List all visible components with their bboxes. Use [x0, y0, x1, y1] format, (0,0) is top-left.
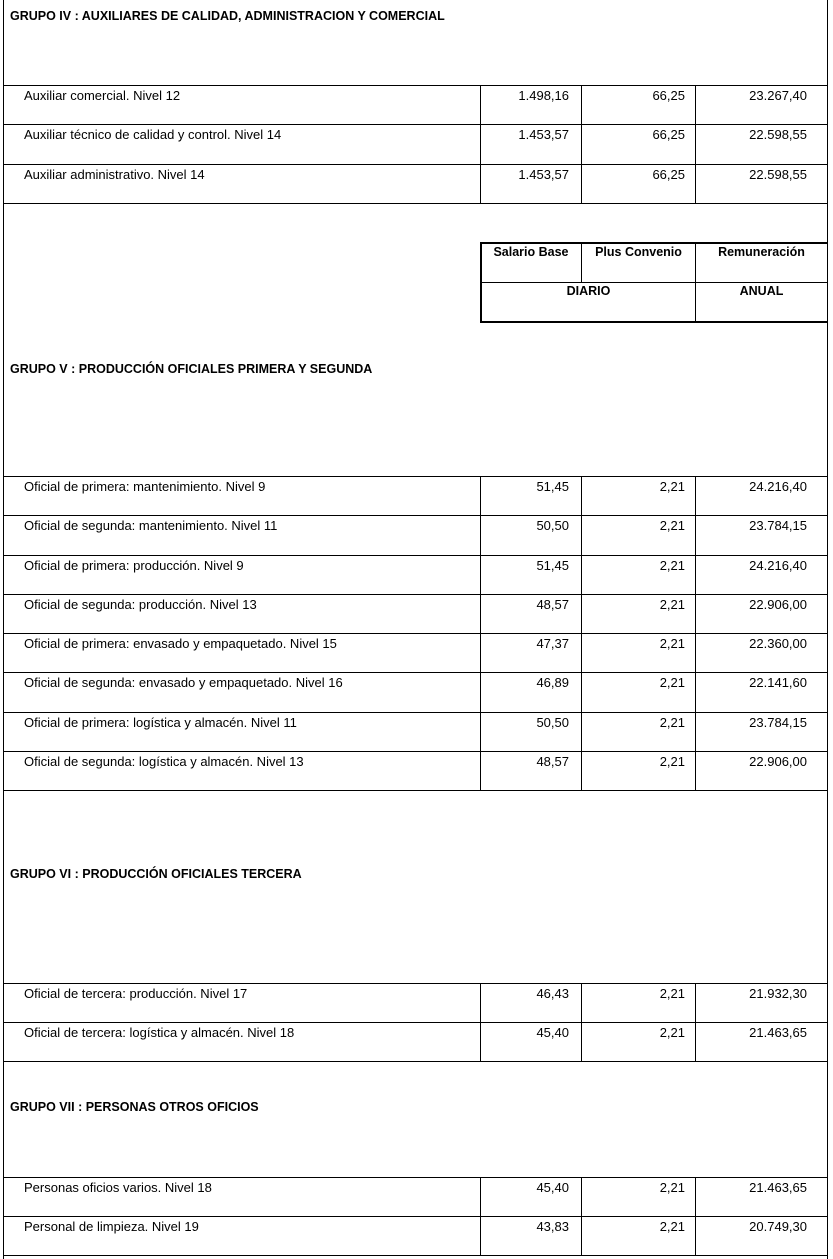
row-top-border: [3, 983, 828, 984]
row-top-border: [3, 1216, 828, 1217]
plus-convenio-value: 2,21: [581, 479, 685, 494]
group-title: GRUPO VII : PERSONAS OTROS OFICIOS: [10, 1100, 259, 1114]
row-top-border: [3, 712, 828, 713]
table-row-label: Auxiliar administrativo. Nivel 14: [24, 167, 205, 182]
row-top-border: [3, 1177, 828, 1178]
table-row-label: Oficial de primera: mantenimiento. Nivel…: [24, 479, 265, 494]
table-row-label: Oficial de primera: producción. Nivel 9: [24, 558, 244, 573]
salario-base-value: 1.453,57: [480, 167, 569, 182]
page-left-border: [3, 0, 4, 1259]
group-bottom-border: [3, 1255, 828, 1256]
salario-base-value: 1.498,16: [480, 88, 569, 103]
plus-convenio-value: 66,25: [581, 127, 685, 142]
salario-base-value: 43,83: [480, 1219, 569, 1234]
remuneracion-value: 22.360,00: [695, 636, 807, 651]
plus-convenio-value: 2,21: [581, 986, 685, 1001]
salario-base-value: 45,40: [480, 1180, 569, 1195]
header-diario: DIARIO: [482, 284, 695, 298]
plus-convenio-value: 2,21: [581, 518, 685, 533]
table-row-label: Oficial de tercera: logística y almacén.…: [24, 1025, 294, 1040]
plus-convenio-value: 2,21: [581, 636, 685, 651]
plus-convenio-value: 2,21: [581, 597, 685, 612]
header-top-border: [480, 242, 828, 244]
row-top-border: [3, 594, 828, 595]
page-right-border: [827, 0, 828, 1259]
plus-convenio-value: 66,25: [581, 167, 685, 182]
header-salario-base: Salario Base: [482, 245, 580, 259]
row-top-border: [3, 164, 828, 165]
plus-convenio-value: 2,21: [581, 1025, 685, 1040]
header-anual: ANUAL: [696, 284, 827, 298]
header-left-border: [480, 242, 482, 323]
group-title: GRUPO IV : AUXILIARES DE CALIDAD, ADMINI…: [10, 9, 445, 23]
table-row-label: Oficial de primera: envasado y empaqueta…: [24, 636, 337, 651]
row-top-border: [3, 672, 828, 673]
row-top-border: [3, 85, 828, 86]
row-top-border: [3, 751, 828, 752]
table-row-label: Oficial de tercera: producción. Nivel 17: [24, 986, 247, 1001]
salario-base-value: 51,45: [480, 558, 569, 573]
salario-base-value: 48,57: [480, 597, 569, 612]
row-top-border: [3, 1022, 828, 1023]
remuneracion-value: 22.598,55: [695, 127, 807, 142]
group-title: GRUPO VI : PRODUCCIÓN OFICIALES TERCERA: [10, 867, 302, 881]
group-title: GRUPO V : PRODUCCIÓN OFICIALES PRIMERA Y…: [10, 362, 372, 376]
table-row-label: Oficial de primera: logística y almacén.…: [24, 715, 297, 730]
remuneracion-value: 23.784,15: [695, 518, 807, 533]
plus-convenio-value: 66,25: [581, 88, 685, 103]
header-mid-border: [480, 282, 828, 283]
plus-convenio-value: 2,21: [581, 675, 685, 690]
group-bottom-border: [3, 203, 828, 204]
table-row-label: Oficial de segunda: logística y almacén.…: [24, 754, 304, 769]
header-bottom-border: [480, 321, 828, 323]
salario-base-value: 47,37: [480, 636, 569, 651]
group-bottom-border: [3, 1061, 828, 1062]
remuneracion-value: 24.216,40: [695, 479, 807, 494]
salario-base-value: 48,57: [480, 754, 569, 769]
table-row-label: Personal de limpieza. Nivel 19: [24, 1219, 199, 1234]
remuneracion-value: 23.784,15: [695, 715, 807, 730]
remuneracion-value: 24.216,40: [695, 558, 807, 573]
row-top-border: [3, 476, 828, 477]
remuneracion-value: 21.463,65: [695, 1025, 807, 1040]
header-remuneracion: Remuneración: [696, 245, 827, 259]
salario-base-value: 50,50: [480, 715, 569, 730]
plus-convenio-value: 2,21: [581, 715, 685, 730]
remuneracion-value: 20.749,30: [695, 1219, 807, 1234]
salario-base-value: 46,43: [480, 986, 569, 1001]
remuneracion-value: 22.598,55: [695, 167, 807, 182]
group-bottom-border: [3, 790, 828, 791]
table-row-label: Personas oficios varios. Nivel 18: [24, 1180, 212, 1195]
row-top-border: [3, 555, 828, 556]
salario-base-value: 45,40: [480, 1025, 569, 1040]
header-col-divider: [695, 242, 696, 323]
table-row-label: Auxiliar comercial. Nivel 12: [24, 88, 180, 103]
remuneracion-value: 22.141,60: [695, 675, 807, 690]
header-plus-convenio: Plus Convenio: [582, 245, 695, 259]
salario-base-value: 50,50: [480, 518, 569, 533]
remuneracion-value: 23.267,40: [695, 88, 807, 103]
salario-base-value: 1.453,57: [480, 127, 569, 142]
table-row-label: Oficial de segunda: envasado y empaqueta…: [24, 675, 343, 690]
remuneracion-value: 22.906,00: [695, 597, 807, 612]
table-row-label: Auxiliar técnico de calidad y control. N…: [24, 127, 281, 142]
plus-convenio-value: 2,21: [581, 754, 685, 769]
plus-convenio-value: 2,21: [581, 558, 685, 573]
table-row-label: Oficial de segunda: producción. Nivel 13: [24, 597, 257, 612]
row-top-border: [3, 633, 828, 634]
row-top-border: [3, 515, 828, 516]
plus-convenio-value: 2,21: [581, 1219, 685, 1234]
salario-base-value: 46,89: [480, 675, 569, 690]
remuneracion-value: 22.906,00: [695, 754, 807, 769]
salario-base-value: 51,45: [480, 479, 569, 494]
remuneracion-value: 21.463,65: [695, 1180, 807, 1195]
remuneracion-value: 21.932,30: [695, 986, 807, 1001]
header-col-divider: [581, 242, 582, 282]
table-row-label: Oficial de segunda: mantenimiento. Nivel…: [24, 518, 277, 533]
plus-convenio-value: 2,21: [581, 1180, 685, 1195]
row-top-border: [3, 124, 828, 125]
